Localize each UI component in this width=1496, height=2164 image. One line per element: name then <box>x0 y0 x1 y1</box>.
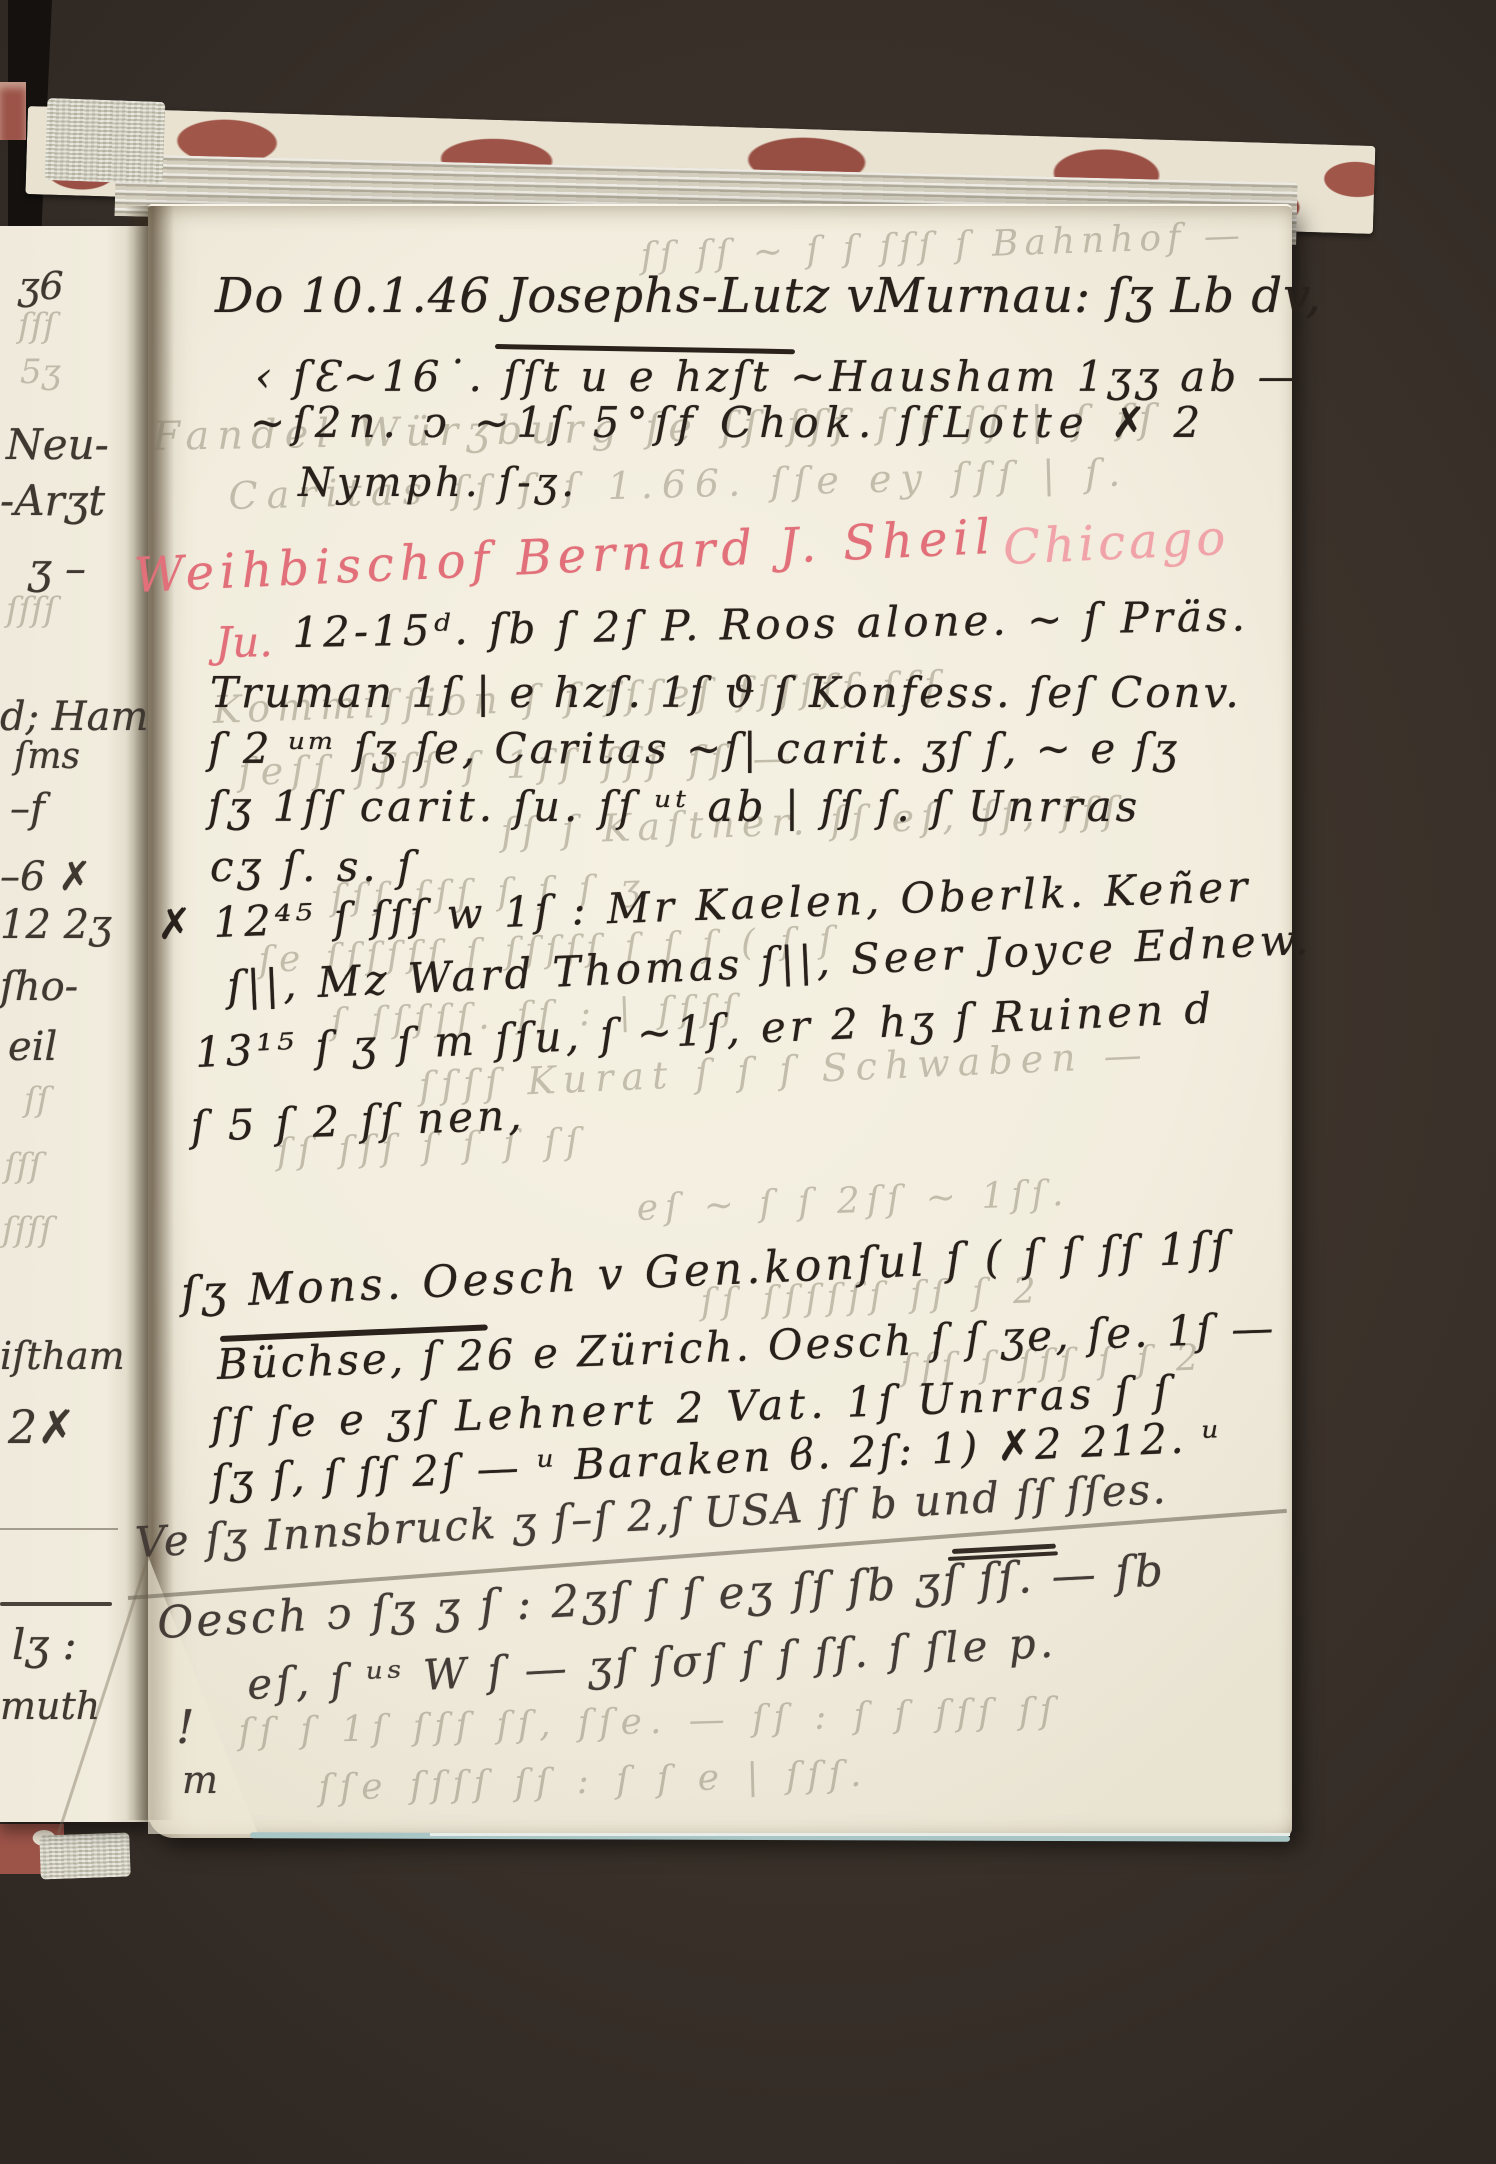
facing-page-fragment: Neu- <box>6 420 109 469</box>
facing-page-fragment: ſms <box>14 736 80 777</box>
facing-page-fragment: –6 ✗ <box>0 854 92 900</box>
facing-ghost: 5ʒ <box>20 352 61 392</box>
facing-page-fragment: d; Ham <box>0 694 148 740</box>
red-day-abbrev: Ju. <box>215 617 273 667</box>
facing-page-fragment: –f <box>10 786 45 832</box>
red-heading-city: Chicago <box>1002 510 1230 576</box>
facing-page-fragment: eil <box>8 1024 57 1070</box>
handwritten-line: ~ſ2n. ↄ ~1ſ 5°ſf Chok. ſfLotte ✗ 2 <box>250 398 1207 447</box>
facing-page-fragment: muth <box>0 1684 100 1728</box>
facing-page-fragment: lʒ : <box>12 1620 77 1669</box>
cloth-headband-top <box>45 98 166 184</box>
facing-ghost: ſſſ <box>4 1146 42 1186</box>
handwritten-line: ſ 2 ᵘᵐ ſʒ ſe, Caritas ~ſ| carit. ʒſ ſ, ~… <box>208 724 1180 773</box>
facing-ghost: ſſſſ <box>2 1210 52 1250</box>
facing-page-fragment: -Arʒt <box>0 476 105 525</box>
page-bottom-highlight <box>430 1833 1290 1836</box>
handwritten-mark: ! <box>176 1700 195 1754</box>
facing-page-rule <box>0 1602 112 1606</box>
facing-page-fragment: ʒ – <box>28 544 86 593</box>
handwritten-mark: m <box>182 1758 218 1802</box>
entry-date-line: Do 10.1.46 Josephs-Lutz vMurnau: ſʒ Lb d… <box>215 268 1322 324</box>
cloth-headband-bottom <box>39 1832 130 1879</box>
facing-ghost: ſſſſ <box>6 590 56 630</box>
facing-page-fragment: ʒ6 <box>18 264 64 308</box>
handwritten-line: ‹ ſƐ~16˙. ſſt u e hzſt ~Hausham 1ʒʒ ab — <box>255 352 1304 401</box>
facing-ghost: ſſ <box>24 1080 49 1120</box>
handwritten-line: Truman 1ſ | e hzſ. 1ſ ϑ ſ Konfess. ſeſ C… <box>210 668 1242 717</box>
facing-ghost: ſſſ <box>18 306 56 346</box>
facing-page-fragment: iſtham <box>0 1334 125 1378</box>
facing-page-fragment: 2✗ <box>8 1400 76 1454</box>
handwritten-line: ſʒ 1ſſ carit. ſu. ſſ ᵘᵗ ab | ſſ ſ. ſ Unr… <box>208 782 1141 831</box>
facing-page-fragment: ſho- <box>0 964 78 1010</box>
facing-page-rule <box>0 1528 118 1530</box>
marbled-cover-fragment-top-left <box>0 82 26 140</box>
handwritten-line: Nymph. ſ-ʒ. <box>298 460 578 506</box>
handwritten-line: cʒ ſ. s. ſ <box>210 842 417 891</box>
diary-photo: ſſ ſſ ~ ſ ſ ſſſ ſ Bahnhof — Fandel Würʒb… <box>0 0 1496 2164</box>
facing-page-fragment: 12 2ʒ <box>0 902 112 948</box>
